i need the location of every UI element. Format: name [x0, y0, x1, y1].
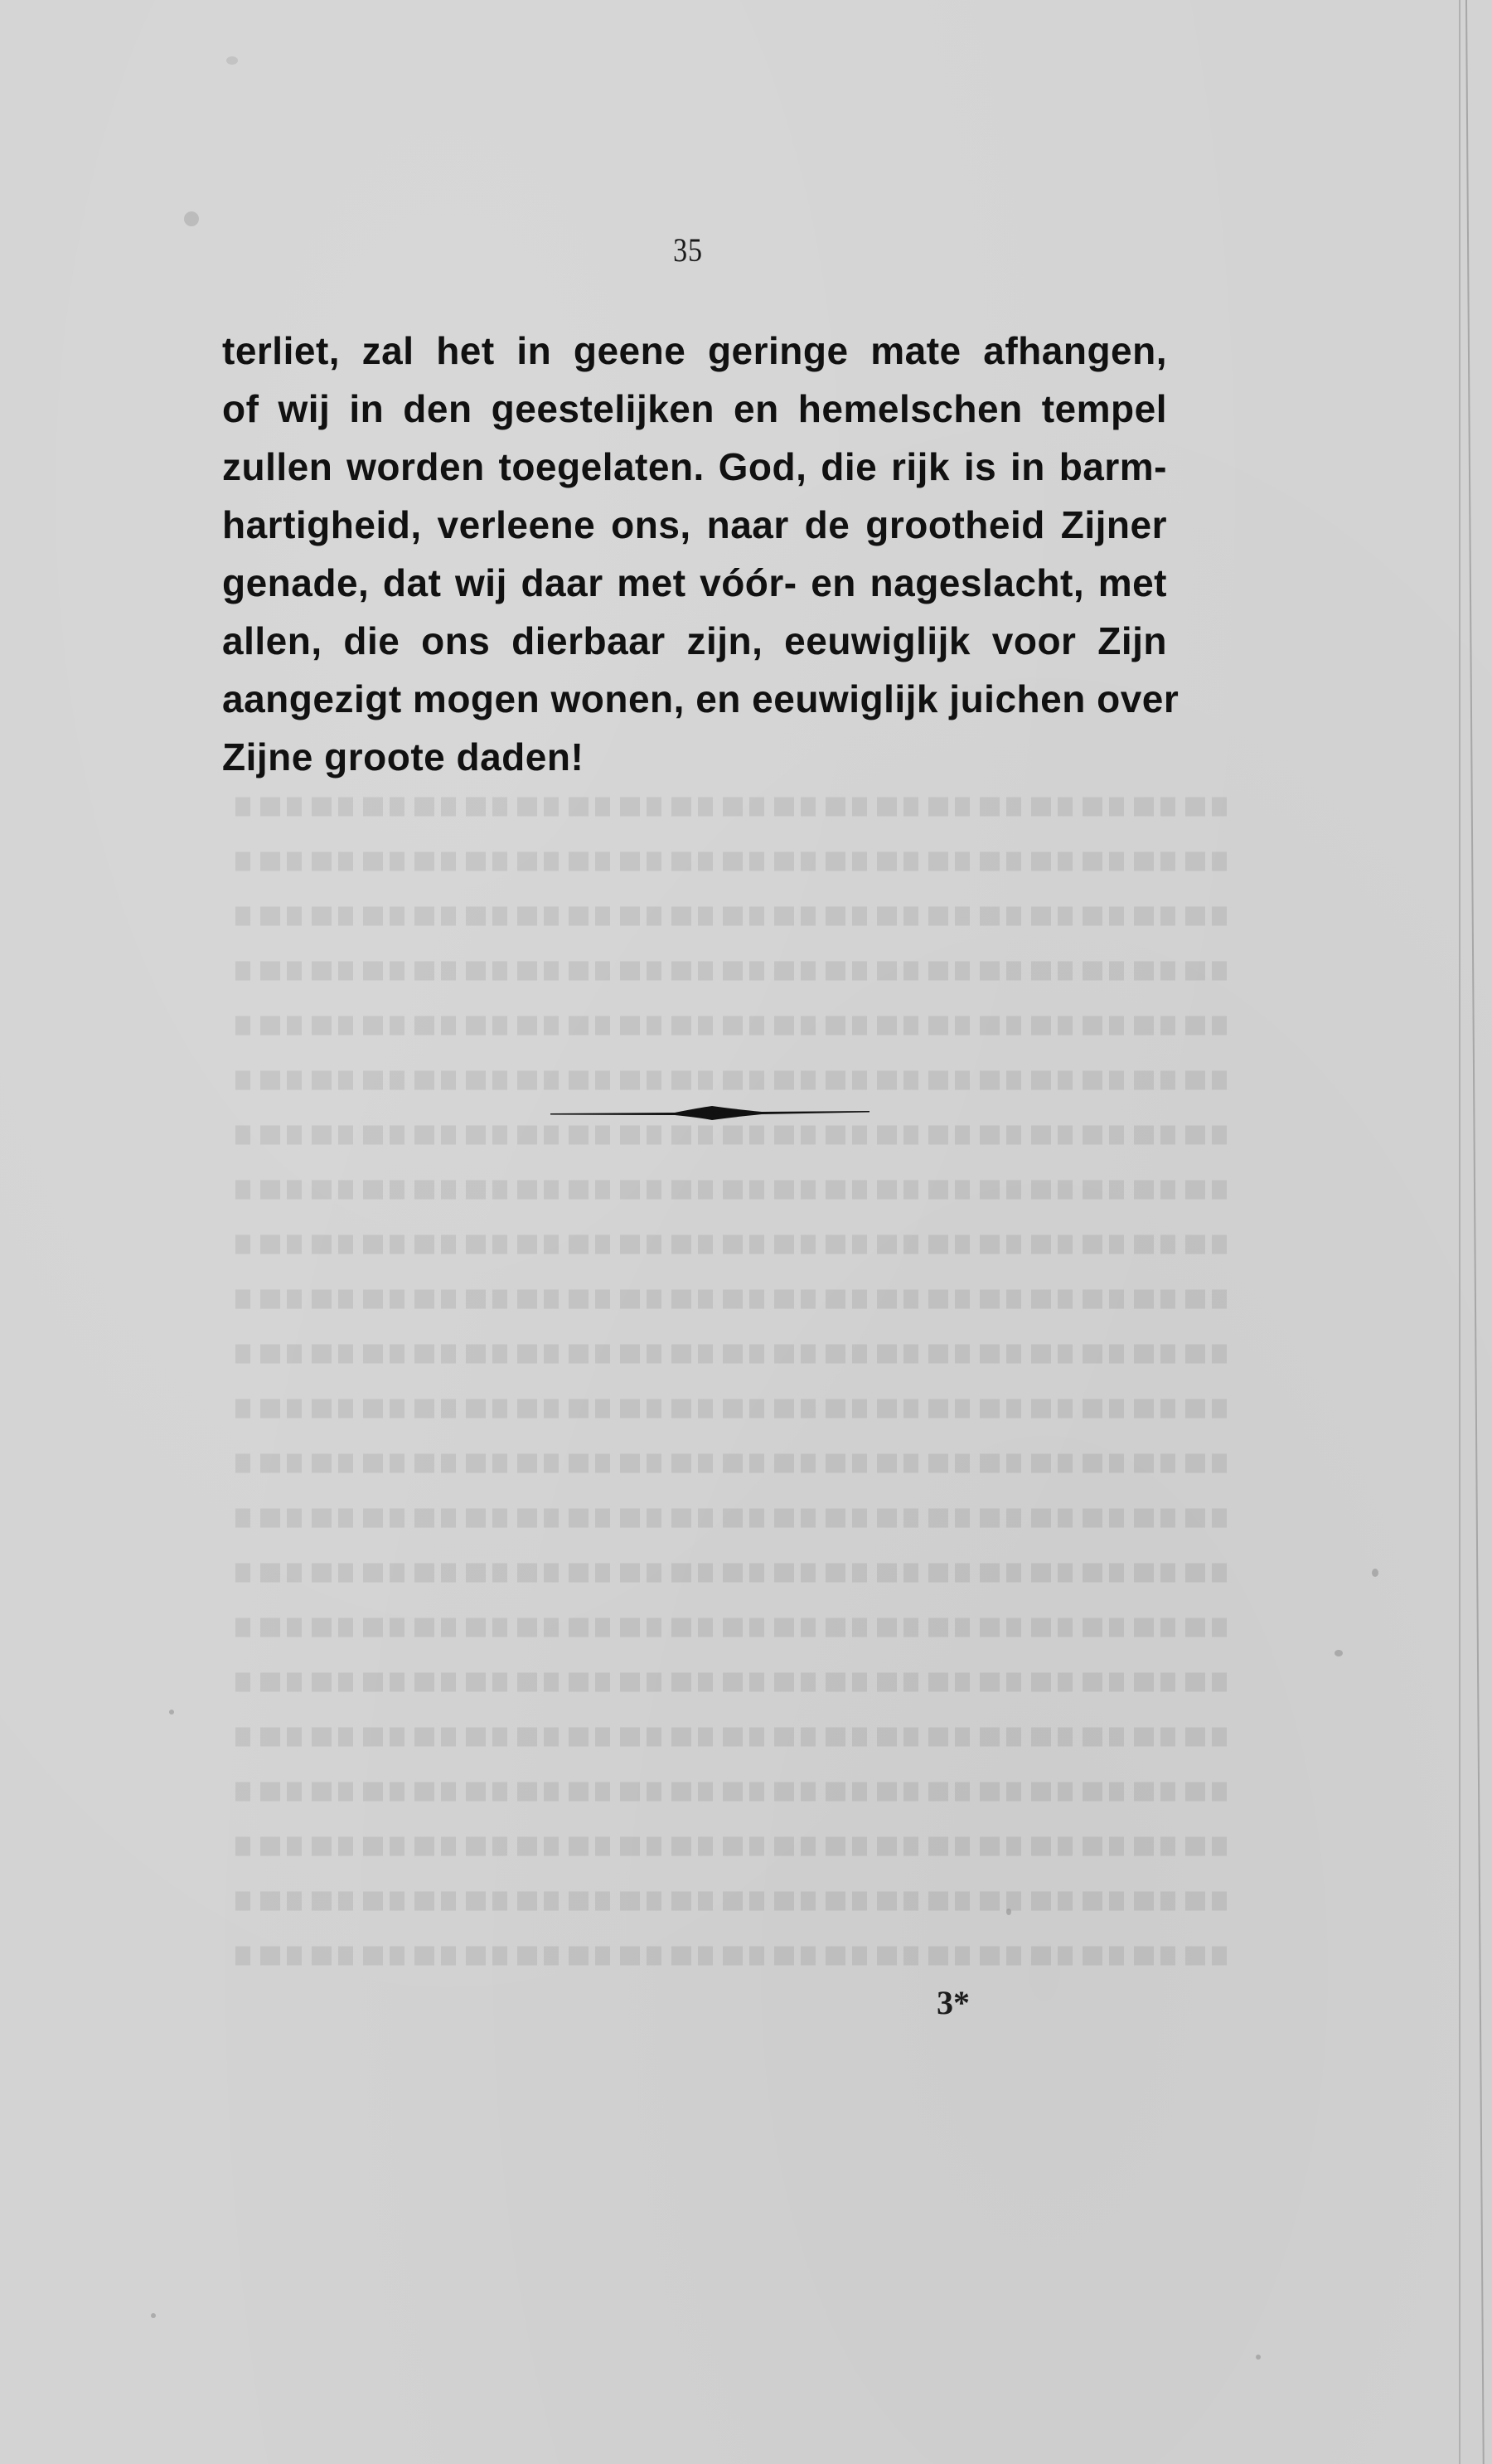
paper-speck: [169, 1710, 174, 1715]
body-text: terliet, zal het in geene geringe mate a…: [222, 322, 1167, 786]
text-line: of wij in den geestelijken en hemelschen…: [222, 380, 1167, 438]
paper-speck: [1256, 2355, 1261, 2360]
text-line: aangezigt mogen wonen, en eeuwiglijk jui…: [222, 670, 1167, 728]
page-number: 35: [104, 230, 1273, 269]
binding-gutter-line: [1459, 0, 1461, 2464]
paper-speck: [1335, 1650, 1343, 1656]
paper-speck: [1372, 1569, 1378, 1577]
paper-speck: [1006, 1909, 1011, 1915]
binding-gutter-line: [1465, 0, 1485, 2464]
text-line: zullen worden toegelaten. God, die rijk …: [222, 438, 1167, 496]
show-through-text: [232, 779, 1227, 1983]
text-line: Zijne groote daden!: [222, 728, 1167, 786]
text-line: terliet, zal het in geene geringe mate a…: [222, 322, 1167, 380]
text-line: genade, dat wij daar met vóór- en nagesl…: [222, 554, 1167, 612]
paper-speck: [226, 56, 238, 65]
tapered-rule-ornament: [550, 1103, 870, 1123]
paper-speck: [184, 211, 199, 226]
scanned-book-page: 35 terliet, zal het in geene geringe mat…: [0, 0, 1492, 2464]
signature-mark: 3*: [937, 1983, 970, 2022]
paper-speck: [151, 2313, 156, 2318]
text-line: allen, die ons dierbaar zijn, eeuwiglijk…: [222, 612, 1167, 670]
text-line: hartigheid, verleene ons, naar de grooth…: [222, 496, 1167, 554]
